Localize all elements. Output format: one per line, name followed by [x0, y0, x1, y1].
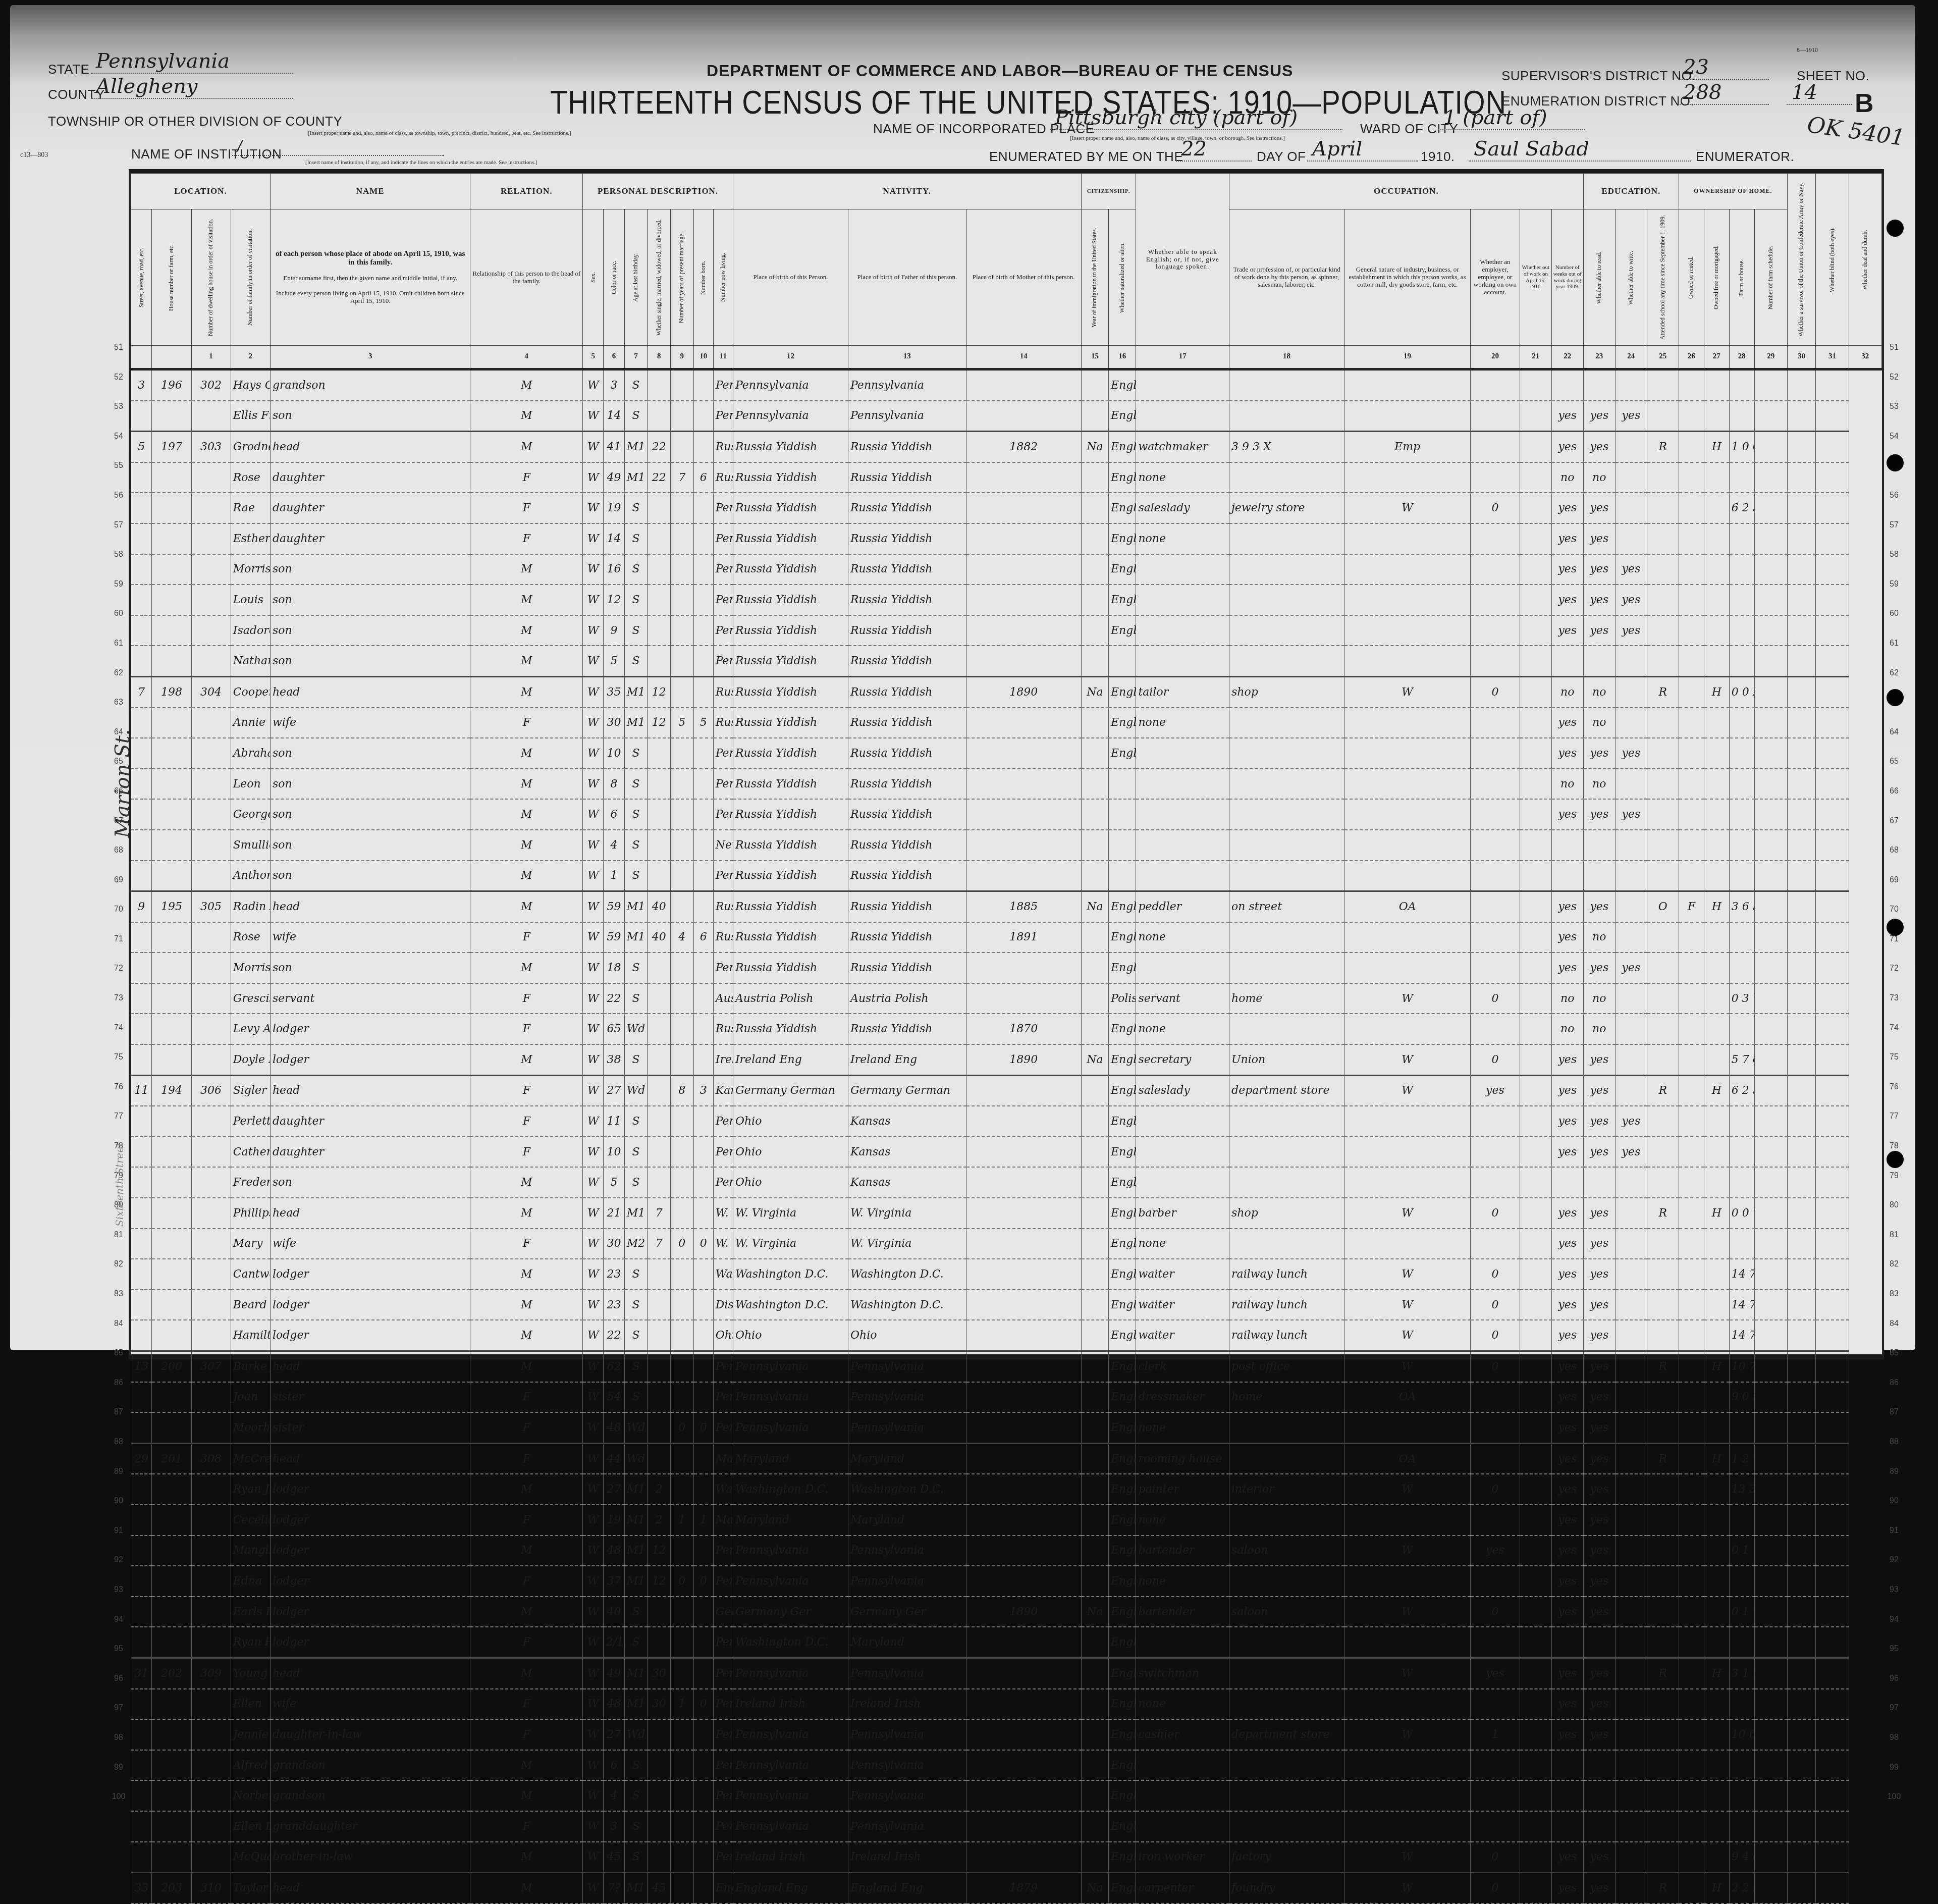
school: [1615, 523, 1647, 554]
naturalization: [1081, 1137, 1108, 1168]
column-number: 18: [1229, 346, 1344, 369]
immigration-year: [966, 830, 1081, 861]
farm-schedule: [1729, 554, 1754, 585]
age: 62: [604, 1351, 624, 1378]
farm-house: [1704, 861, 1729, 891]
family-number: [191, 769, 231, 800]
can-read: [1551, 1167, 1583, 1198]
trade: secretary: [1136, 1044, 1229, 1075]
blind: [1787, 1351, 1815, 1378]
birthplace-mother: Pennsylvania: [848, 369, 966, 401]
veteran: [1754, 1137, 1787, 1168]
table-row: NathansonMW5SPennsylvaniaRussia YiddishR…: [131, 646, 1882, 676]
sheet-number: 14: [1787, 81, 1852, 105]
dwelling-number: [152, 861, 191, 891]
person-name: Morris: [231, 554, 270, 585]
farm-house: [1704, 738, 1729, 769]
deaf: [1816, 1106, 1849, 1137]
dwelling-number: [152, 769, 191, 800]
can-read: no: [1551, 462, 1583, 493]
school: [1615, 830, 1647, 861]
industry: [1229, 922, 1344, 953]
sex: M: [470, 401, 583, 432]
blind: [1787, 1106, 1815, 1137]
blind: [1787, 369, 1815, 401]
birthplace-father: Russia Yiddish: [733, 861, 848, 891]
blind: [1787, 1259, 1815, 1290]
free-mortgaged: [1679, 615, 1704, 646]
birthplace-person: Pennsylvania: [713, 401, 733, 432]
can-write: yes: [1583, 1351, 1615, 1378]
owned-rented: R: [1647, 1198, 1679, 1229]
person-name: Leon: [231, 769, 270, 800]
children-living: [693, 432, 713, 462]
birthplace-person: Russia Yiddish: [713, 708, 733, 738]
years-married: [648, 523, 671, 554]
deaf: [1816, 1290, 1849, 1320]
immigration-year: [966, 861, 1081, 891]
weeks-out: [1520, 830, 1551, 861]
can-write: yes: [1583, 799, 1615, 830]
table-row: MorrissonMW18SPennsylvaniaRussia Yiddish…: [131, 953, 1882, 983]
free-mortgaged: [1679, 861, 1704, 891]
group-name: NAME: [270, 174, 470, 209]
can-read: yes: [1551, 1290, 1583, 1320]
table-row: Grescisyzyn AnnieservantFW22SAustria Pol…: [131, 983, 1882, 1014]
table-row: AnthonysonMW1SPennsylvaniaRussia Yiddish…: [131, 861, 1882, 891]
years-married: [648, 799, 671, 830]
employer-status: [1344, 1229, 1471, 1259]
blind: [1787, 922, 1815, 953]
family-number: 303: [191, 432, 231, 462]
school: [1615, 861, 1647, 891]
birthplace-father: Pennsylvania: [733, 1351, 848, 1378]
family-number: 306: [191, 1075, 231, 1106]
free-mortgaged: [1679, 401, 1704, 432]
birthplace-mother: Germany German: [848, 1075, 966, 1106]
industry: railway lunch: [1229, 1290, 1344, 1320]
out-of-work: [1471, 369, 1520, 401]
veteran: [1754, 523, 1787, 554]
race: W: [583, 922, 604, 953]
col-marital: Whether single, married, widowed, or div…: [648, 209, 671, 346]
birthplace-father: Russia Yiddish: [733, 922, 848, 953]
out-of-work: [1471, 615, 1520, 646]
employer-status: [1344, 369, 1471, 401]
school: [1615, 369, 1647, 401]
children-living: [693, 891, 713, 922]
col-read: Whether able to read.: [1583, 209, 1615, 346]
language: English: [1109, 369, 1136, 401]
school: yes: [1615, 554, 1647, 585]
weeks-out: [1520, 369, 1551, 401]
blind: [1787, 493, 1815, 523]
birthplace-father: Ohio: [733, 1106, 848, 1137]
employer-status: [1344, 615, 1471, 646]
years-married: [648, 983, 671, 1014]
naturalization: [1081, 983, 1108, 1014]
language: English: [1109, 922, 1136, 953]
age: 22: [604, 1320, 624, 1351]
immigration-year: [966, 738, 1081, 769]
line-number: 83: [1887, 1280, 1902, 1309]
relationship: servant: [270, 983, 470, 1014]
employer-status: [1344, 769, 1471, 800]
line-number: 77: [1887, 1102, 1902, 1132]
can-write: no: [1583, 983, 1615, 1014]
person-name: Isadore: [231, 615, 270, 646]
employer-status: [1344, 1137, 1471, 1168]
birthplace-father: Ohio: [733, 1167, 848, 1198]
line-number: 62: [1887, 659, 1902, 689]
race: W: [583, 1044, 604, 1075]
trade: waiter: [1136, 1320, 1229, 1351]
blind: [1787, 1320, 1815, 1351]
can-read: yes: [1551, 493, 1583, 523]
language: English: [1109, 1075, 1136, 1106]
family-number: [191, 523, 231, 554]
years-married: [648, 646, 671, 676]
naturalization: [1081, 493, 1108, 523]
deaf: [1816, 1014, 1849, 1044]
race: W: [583, 1014, 604, 1044]
children-born: [670, 891, 693, 922]
can-write: yes: [1583, 1044, 1615, 1075]
age: 30: [604, 708, 624, 738]
language: English: [1109, 615, 1136, 646]
relationship: grandson: [270, 369, 470, 401]
can-write: no: [1583, 708, 1615, 738]
farm-house: [1704, 1229, 1729, 1259]
years-married: [648, 1106, 671, 1137]
person-name: Sigler Mollie: [231, 1075, 270, 1106]
veteran: [1754, 1259, 1787, 1290]
immigration-year: [966, 585, 1081, 615]
out-of-work: 0: [1471, 1351, 1520, 1378]
family-number: [191, 615, 231, 646]
farm-house: [1704, 922, 1729, 953]
industry: on street: [1229, 891, 1344, 922]
relationship: lodger: [270, 1014, 470, 1044]
blind: [1787, 861, 1815, 891]
group-ownership: OWNERSHIP OF HOME.: [1679, 174, 1787, 209]
out-of-work: 0: [1471, 1044, 1520, 1075]
veteran: [1754, 1167, 1787, 1198]
birthplace-person: Pennsylvania: [713, 1351, 733, 1378]
out-of-work: yes: [1471, 1075, 1520, 1106]
years-married: [648, 1075, 671, 1106]
person-name: Doyle Michael: [231, 1044, 270, 1075]
sex: M: [470, 432, 583, 462]
person-name: Rae: [231, 493, 270, 523]
can-write: no: [1583, 769, 1615, 800]
can-write: yes: [1583, 493, 1615, 523]
sex: M: [470, 369, 583, 401]
relationship: son: [270, 799, 470, 830]
dwelling-number: 196: [152, 369, 191, 401]
language: English: [1109, 1167, 1136, 1198]
line-number: 86: [111, 1368, 126, 1377]
family-number: [191, 861, 231, 891]
person-name: George: [231, 799, 270, 830]
farm-schedule: 0 0 2 2: [1729, 676, 1754, 707]
free-mortgaged: [1679, 1198, 1704, 1229]
school: [1615, 432, 1647, 462]
dwelling-number: [152, 830, 191, 861]
line-number: 69: [1887, 866, 1902, 895]
trade: saleslady: [1136, 493, 1229, 523]
line-number: 69: [111, 866, 126, 895]
out-of-work: [1471, 646, 1520, 676]
birthplace-mother: Russia Yiddish: [848, 615, 966, 646]
out-of-work: 0: [1471, 983, 1520, 1014]
sex: F: [470, 493, 583, 523]
state-label: State: [48, 62, 89, 77]
family-number: [191, 1106, 231, 1137]
table-row: 3196302Hays CharlesgrandsonMW3SPennsylva…: [131, 369, 1882, 401]
farm-schedule: [1729, 462, 1754, 493]
deaf: [1816, 369, 1849, 401]
birthplace-father: Russia Yiddish: [733, 523, 848, 554]
dwelling-number: [152, 554, 191, 585]
school: yes: [1615, 1137, 1647, 1168]
street-number: [131, 1259, 152, 1290]
years-married: 12: [648, 708, 671, 738]
birthplace-person: Pennsylvania: [713, 1137, 733, 1168]
marital-status: M1: [624, 1198, 648, 1229]
blind: [1787, 1198, 1815, 1229]
birthplace-father: Russia Yiddish: [733, 585, 848, 615]
weeks-out: [1520, 799, 1551, 830]
free-mortgaged: [1679, 1167, 1704, 1198]
can-read: no: [1551, 1014, 1583, 1044]
race: W: [583, 1106, 604, 1137]
can-read: yes: [1551, 1198, 1583, 1229]
industry: railway lunch: [1229, 1320, 1344, 1351]
can-read: yes: [1551, 554, 1583, 585]
immigration-year: [966, 1075, 1081, 1106]
family-number: 307: [191, 1351, 231, 1378]
farm-schedule: [1729, 769, 1754, 800]
birthplace-father: Russia Yiddish: [733, 953, 848, 983]
naturalization: [1081, 830, 1108, 861]
col-years-married: Number of years of present marriage.: [670, 209, 693, 346]
birthplace-father: Russia Yiddish: [733, 799, 848, 830]
race: W: [583, 1198, 604, 1229]
birthplace-person: District Columbia: [713, 1290, 733, 1320]
line-number: 68: [1887, 836, 1902, 866]
name-desc: of each person whose place of abode on A…: [272, 250, 469, 268]
birthplace-father: Russia Yiddish: [733, 646, 848, 676]
veteran: [1754, 554, 1787, 585]
can-write: [1583, 369, 1615, 401]
enumerated-day: 22: [1176, 137, 1252, 162]
trade: waiter: [1136, 1259, 1229, 1290]
table-row: RaedaughterFW19SPennsylvaniaRussia Yiddi…: [131, 493, 1882, 523]
person-name: Smullie: [231, 830, 270, 861]
can-read: yes: [1551, 1320, 1583, 1351]
column-number: 2: [231, 346, 270, 369]
age: 49: [604, 462, 624, 493]
veteran: [1754, 983, 1787, 1014]
children-living: [693, 615, 713, 646]
out-of-work: [1471, 830, 1520, 861]
marital-status: S: [624, 861, 648, 891]
sex: M: [470, 554, 583, 585]
line-number: 75: [111, 1043, 126, 1073]
farm-house: [1704, 1106, 1729, 1137]
school: yes: [1615, 401, 1647, 432]
years-married: [648, 585, 671, 615]
school: yes: [1615, 799, 1647, 830]
street-number: [131, 1229, 152, 1259]
naturalization: [1081, 462, 1108, 493]
trade: none: [1136, 462, 1229, 493]
birthplace-person: Pennsylvania: [713, 585, 733, 615]
can-write: yes: [1583, 1229, 1615, 1259]
column-number: 21: [1520, 346, 1551, 369]
employer-status: W: [1344, 1320, 1471, 1351]
naturalization: [1081, 799, 1108, 830]
birthplace-father: Austria Polish: [733, 983, 848, 1014]
family-number: [191, 830, 231, 861]
ward-value: 1 (part of): [1438, 106, 1585, 130]
birthplace-person: Pennsylvania: [713, 1167, 733, 1198]
line-number: 51: [111, 333, 126, 363]
person-name: Louis: [231, 585, 270, 615]
place-value: Pittsburgh city (part of): [1050, 106, 1342, 130]
street-number: 7: [131, 676, 152, 707]
street-number: [131, 646, 152, 676]
out-of-work: 0: [1471, 1198, 1520, 1229]
blind: [1787, 554, 1815, 585]
years-married: 12: [648, 676, 671, 707]
deaf: [1816, 1259, 1849, 1290]
deaf: [1816, 1075, 1849, 1106]
birthplace-father: Pennsylvania: [733, 369, 848, 401]
race: W: [583, 554, 604, 585]
owned-rented: [1647, 585, 1679, 615]
birthplace-father: Germany German: [733, 1075, 848, 1106]
naturalization: [1081, 1351, 1108, 1378]
age: 6: [604, 799, 624, 830]
language: English: [1109, 1320, 1136, 1351]
township-label: Township or other division of county: [48, 114, 342, 129]
marital-status: M1: [624, 708, 648, 738]
table-row: LeonsonMW8SPennsylvaniaRussia YiddishRus…: [131, 769, 1882, 800]
weeks-out: [1520, 1014, 1551, 1044]
marital-status: M1: [624, 922, 648, 953]
blind: [1787, 1014, 1815, 1044]
binder-hole: [1887, 689, 1904, 706]
age: 10: [604, 738, 624, 769]
deaf: [1816, 708, 1849, 738]
race: W: [583, 615, 604, 646]
birthplace-person: Pennsylvania: [713, 861, 733, 891]
column-number: 11: [713, 346, 733, 369]
age: 38: [604, 1044, 624, 1075]
industry: [1229, 953, 1344, 983]
children-living: [693, 585, 713, 615]
weeks-out: [1520, 493, 1551, 523]
farm-schedule: [1729, 738, 1754, 769]
years-married: [648, 1044, 671, 1075]
can-write: no: [1583, 1014, 1615, 1044]
children-living: 0: [693, 1229, 713, 1259]
years-married: 22: [648, 432, 671, 462]
line-number: 85: [1887, 1339, 1902, 1368]
birthplace-person: W. Virginia: [713, 1198, 733, 1229]
farm-schedule: 14 7 7 X: [1729, 1259, 1754, 1290]
dwelling-number: [152, 922, 191, 953]
person-name: Cantwell Enoch: [231, 1259, 270, 1290]
birthplace-father: Washington D.C.: [733, 1259, 848, 1290]
deaf: [1816, 1167, 1849, 1198]
trade: [1136, 738, 1229, 769]
line-number: 54: [111, 422, 126, 452]
free-mortgaged: [1679, 738, 1704, 769]
owned-rented: [1647, 799, 1679, 830]
street-number: [131, 983, 152, 1014]
person-name: Esther: [231, 523, 270, 554]
column-number: 31: [1816, 346, 1849, 369]
sex: M: [470, 1044, 583, 1075]
street-number: 5: [131, 432, 152, 462]
blind: [1787, 676, 1815, 707]
column-number: 14: [966, 346, 1081, 369]
children-living: [693, 799, 713, 830]
birthplace-father: Russia Yiddish: [733, 493, 848, 523]
column-number: 16: [1109, 346, 1136, 369]
employer-status: [1344, 401, 1471, 432]
blind: [1787, 953, 1815, 983]
street-number: [131, 585, 152, 615]
weeks-out: [1520, 1198, 1551, 1229]
relationship: head: [270, 1198, 470, 1229]
veteran: [1754, 646, 1787, 676]
sex: M: [470, 738, 583, 769]
naturalization: [1081, 585, 1108, 615]
line-number: 65: [1887, 747, 1902, 777]
table-row: 11194306Sigler MollieheadFW27Wd83KansasG…: [131, 1075, 1882, 1106]
race: W: [583, 493, 604, 523]
years-married: [648, 493, 671, 523]
farm-schedule: 0 0 7 X: [1729, 1198, 1754, 1229]
race: W: [583, 738, 604, 769]
age: 41: [604, 432, 624, 462]
can-write: yes: [1583, 1259, 1615, 1290]
deaf: [1816, 861, 1849, 891]
school: [1615, 708, 1647, 738]
line-number: 81: [1887, 1221, 1902, 1250]
line-number: 58: [1887, 540, 1902, 570]
column-number: 24: [1615, 346, 1647, 369]
col-pob-father: Place of birth of Father of this person.: [848, 209, 966, 346]
deaf: [1816, 554, 1849, 585]
col-children-living: Number now living.: [713, 209, 733, 346]
school: [1615, 891, 1647, 922]
children-born: 8: [670, 1075, 693, 1106]
street-number: [131, 1044, 152, 1075]
years-married: [648, 953, 671, 983]
family-number: [191, 1044, 231, 1075]
naturalization: [1081, 646, 1108, 676]
sex: F: [470, 1229, 583, 1259]
employer-status: [1344, 646, 1471, 676]
language: English: [1109, 432, 1136, 462]
employer-status: [1344, 1167, 1471, 1198]
marital-status: S: [624, 830, 648, 861]
